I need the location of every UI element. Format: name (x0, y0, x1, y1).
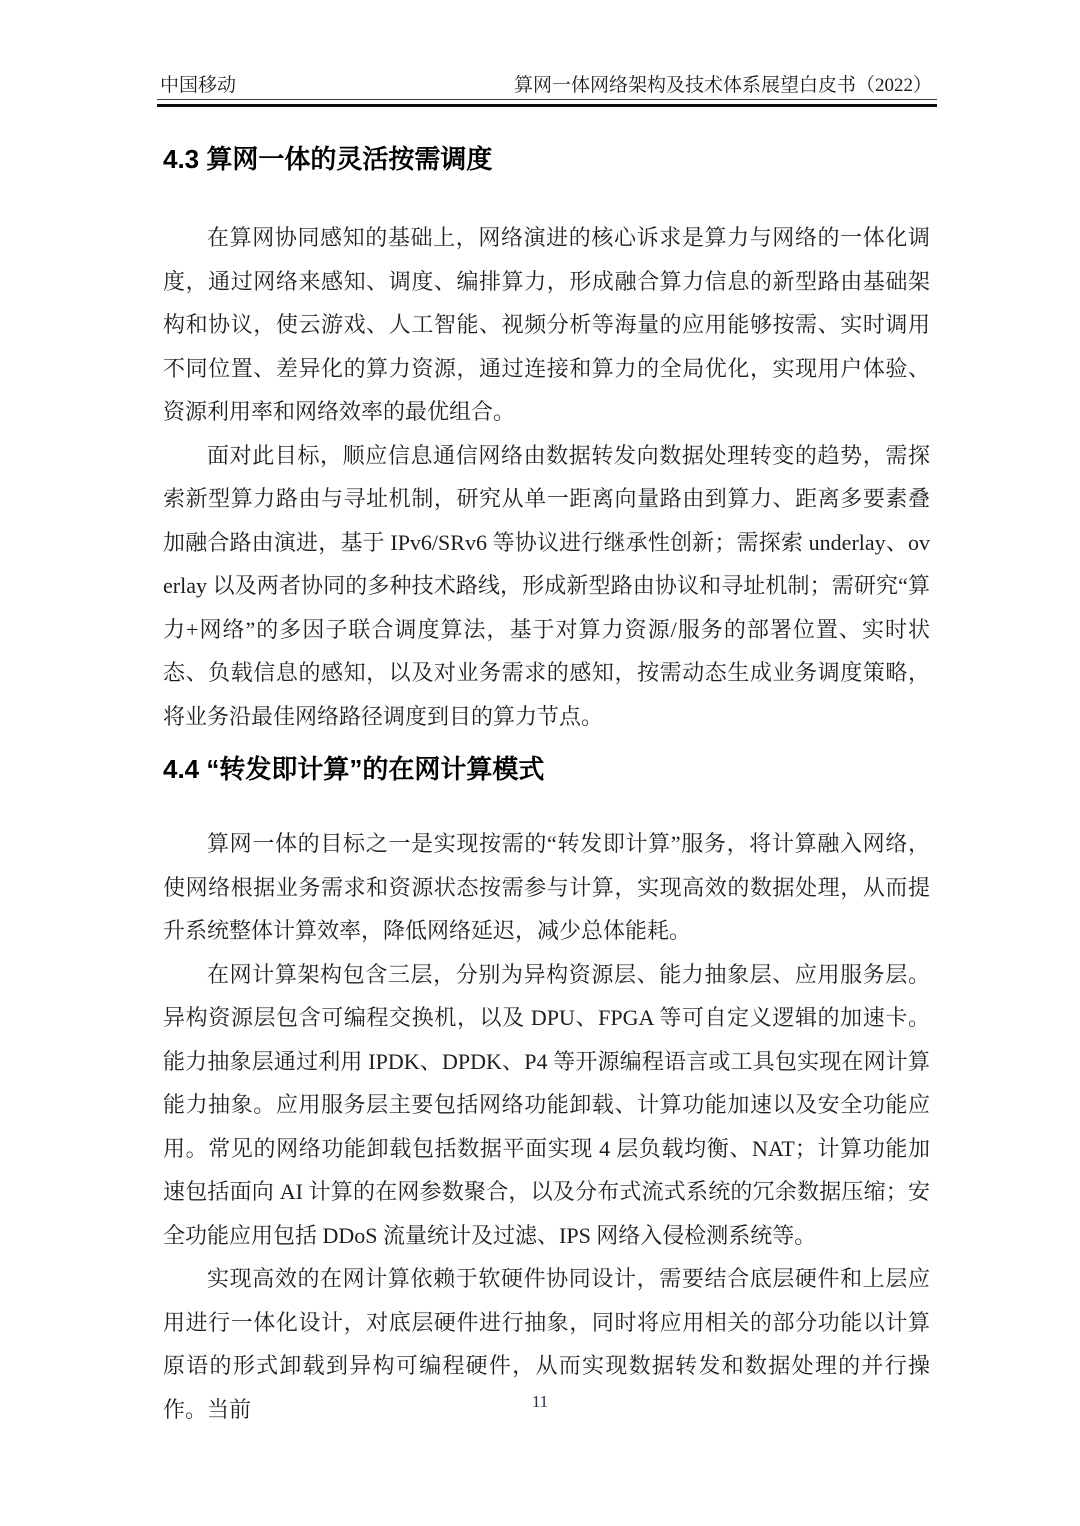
section-4-3-paragraph-1: 在算网协同感知的基础上，网络演进的核心诉求是算力与网络的一体化调度，通过网络来感… (163, 216, 930, 434)
section-4-3-paragraph-2: 面对此目标，顺应信息通信网络由数据转发向数据处理转变的趋势，需探索新型算力路由与… (163, 434, 930, 739)
header-brand-text: 中国移动 (160, 74, 236, 98)
header-document-title: 算网一体网络架构及技术体系展望白皮书（2022） (514, 74, 932, 98)
section-4-4-paragraph-2: 在网计算架构包含三层，分别为异构资源层、能力抽象层、应用服务层。异构资源层包含可… (163, 953, 930, 1258)
page-header: 中国移动 算网一体网络架构及技术体系展望白皮书（2022） (160, 74, 932, 98)
document-page: 中国移动 算网一体网络架构及技术体系展望白皮书（2022） 4.3 算网一体的灵… (0, 0, 1080, 1526)
section-4-4-paragraph-1: 算网一体的目标之一是实现按需的“转发即计算”服务，将计算融入网络，使网络根据业务… (163, 822, 930, 953)
page-number: 11 (0, 1392, 1080, 1412)
section-heading-4-4: 4.4 “转发即计算”的在网计算模式 (163, 752, 930, 786)
section-heading-4-3: 4.3 算网一体的灵活按需调度 (163, 142, 930, 176)
page-body: 4.3 算网一体的灵活按需调度 在算网协同感知的基础上，网络演进的核心诉求是算力… (163, 104, 930, 1431)
